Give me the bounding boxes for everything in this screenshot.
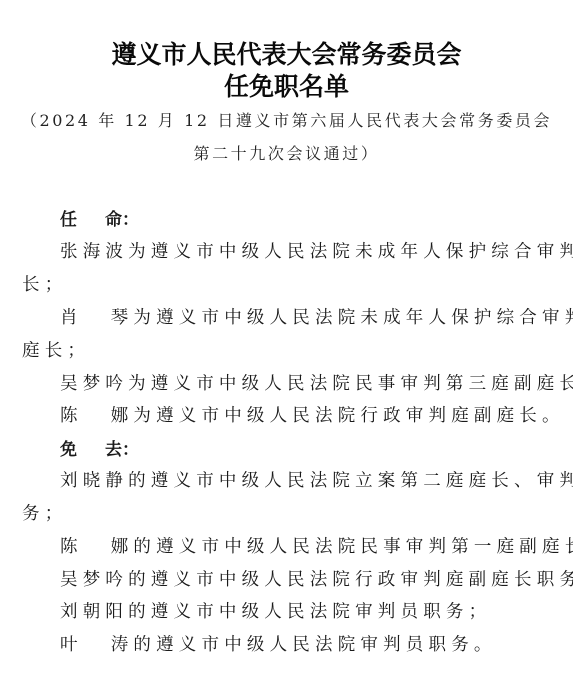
appoint-item-1-cont: 长； [22, 271, 67, 296]
remove-item-2-text: 娜的遵义市中级人民法院民事审判第一庭副庭长职务； [111, 537, 573, 557]
appoint-heading-char2: 命： [105, 210, 139, 230]
appoint-item-2-cont: 庭长； [22, 337, 90, 362]
remove-item-2-name: 陈 [60, 537, 83, 557]
appoint-item-2: 肖琴为遵义市中级人民法院未成年人保护综合审判庭副 [60, 304, 573, 329]
document-subtitle-line1: （2024 年 12 月 12 日遵义市第六届人民代表大会常务委员会 [0, 108, 573, 131]
remove-item-2: 陈娜的遵义市中级人民法院民事审判第一庭副庭长职务； [60, 533, 573, 558]
appoint-item-4: 陈娜为遵义市中级人民法院行政审判庭副庭长。 [60, 402, 565, 427]
appoint-item-2-text: 琴为遵义市中级人民法院未成年人保护综合审判庭副 [111, 308, 573, 328]
appoint-item-4-text: 娜为遵义市中级人民法院行政审判庭副庭长。 [111, 406, 565, 426]
appoint-item-4-name: 陈 [60, 406, 83, 426]
appoint-item-2-name: 肖 [60, 308, 83, 328]
appoint-heading: 任命： [60, 205, 139, 230]
document-title-line2: 任免职名单 [0, 67, 573, 103]
remove-item-1: 刘晓静的遵义市中级人民法院立案第二庭庭长、审判员职 [60, 467, 573, 492]
document-title-line1: 遵义市人民代表大会常务委员会 [0, 35, 573, 71]
appoint-heading-char1: 任 [60, 210, 77, 230]
remove-item-4: 刘朝阳的遵义市中级人民法院审判员职务； [60, 598, 491, 623]
remove-item-1-cont: 务； [22, 500, 67, 525]
appoint-item-3: 吴梦吟为遵义市中级人民法院民事审判第三庭副庭长； [60, 370, 573, 395]
remove-heading-char2: 去： [105, 440, 139, 460]
remove-item-5-text: 涛的遵义市中级人民法院审判员职务。 [111, 635, 497, 655]
remove-item-5-name: 叶 [60, 635, 83, 655]
remove-heading: 免去： [60, 435, 139, 460]
remove-item-3: 吴梦吟的遵义市中级人民法院行政审判庭副庭长职务； [60, 566, 573, 591]
remove-heading-char1: 免 [60, 440, 77, 460]
document-subtitle-line2: 第二十九次会议通过） [0, 141, 573, 164]
remove-item-5: 叶涛的遵义市中级人民法院审判员职务。 [60, 631, 497, 656]
appoint-item-1: 张海波为遵义市中级人民法院未成年人保护综合审判庭庭 [60, 238, 573, 263]
